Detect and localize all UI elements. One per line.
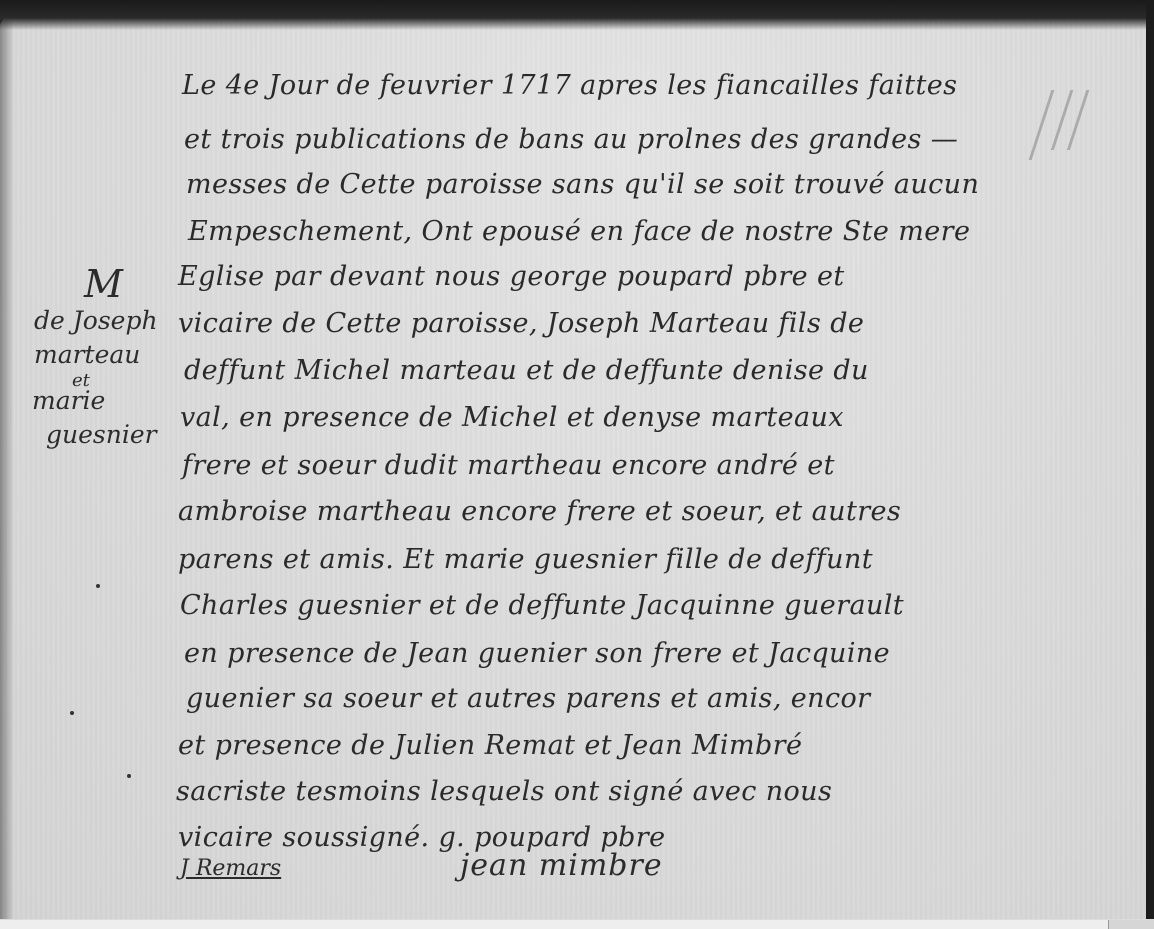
record-line: Le 4e Jour de feuvrier 1717 apres les fi…: [182, 70, 957, 101]
record-line: val, en presence de Michel et denyse mar…: [180, 402, 844, 433]
signatures: J Remars jean mimbre: [170, 842, 870, 912]
record-line: en presence de Jean guenier son frere et…: [184, 638, 890, 669]
document-viewer: M de Joseph marteau et marie guesnier Le…: [0, 0, 1154, 919]
signature-remars: J Remars: [180, 856, 281, 881]
margin-note-line: marteau: [34, 340, 140, 369]
margin-note-line: M: [84, 262, 123, 306]
record-line: et trois publications de bans au prolnes…: [184, 124, 958, 155]
record-line: guenier sa soeur et autres parens et ami…: [186, 683, 870, 714]
record-line: vicaire de Cette paroisse, Joseph Martea…: [178, 308, 864, 339]
ink-speck: [96, 584, 100, 588]
page-top-edge-shadow: [0, 0, 1154, 30]
record-line: Eglise par devant nous george poupard pb…: [178, 261, 845, 292]
ink-speck: [127, 774, 131, 778]
page-right-edge: [1146, 0, 1154, 919]
scrollbar-thumb[interactable]: [1108, 920, 1154, 929]
record-line: sacriste tesmoins lesquels ont signé ave…: [176, 776, 832, 807]
margin-note-line: de Joseph: [34, 306, 158, 335]
page-left-edge-shadow: [0, 20, 14, 919]
horizontal-scrollbar[interactable]: [0, 919, 1154, 929]
record-line: frere et soeur dudit martheau encore and…: [182, 450, 835, 481]
margin-note-line: guesnier: [46, 420, 157, 449]
record-line: deffunt Michel marteau et de deffunte de…: [184, 355, 869, 386]
record-line: parens et amis. Et marie guesnier fille …: [178, 544, 873, 575]
signature-mimbre: jean mimbre: [460, 848, 663, 883]
record-line: messes de Cette paroisse sans qu'il se s…: [186, 169, 979, 200]
record-line: et presence de Julien Remat et Jean Mimb…: [178, 730, 802, 761]
record-line: ambroise martheau encore frere et soeur,…: [178, 496, 901, 527]
margin-note-line: marie: [32, 386, 105, 415]
record-line: Empeschement, Ont epousé en face de nost…: [188, 216, 970, 247]
ink-speck: [70, 711, 74, 715]
record-line: Charles guesnier et de deffunte Jacquinn…: [180, 590, 904, 621]
